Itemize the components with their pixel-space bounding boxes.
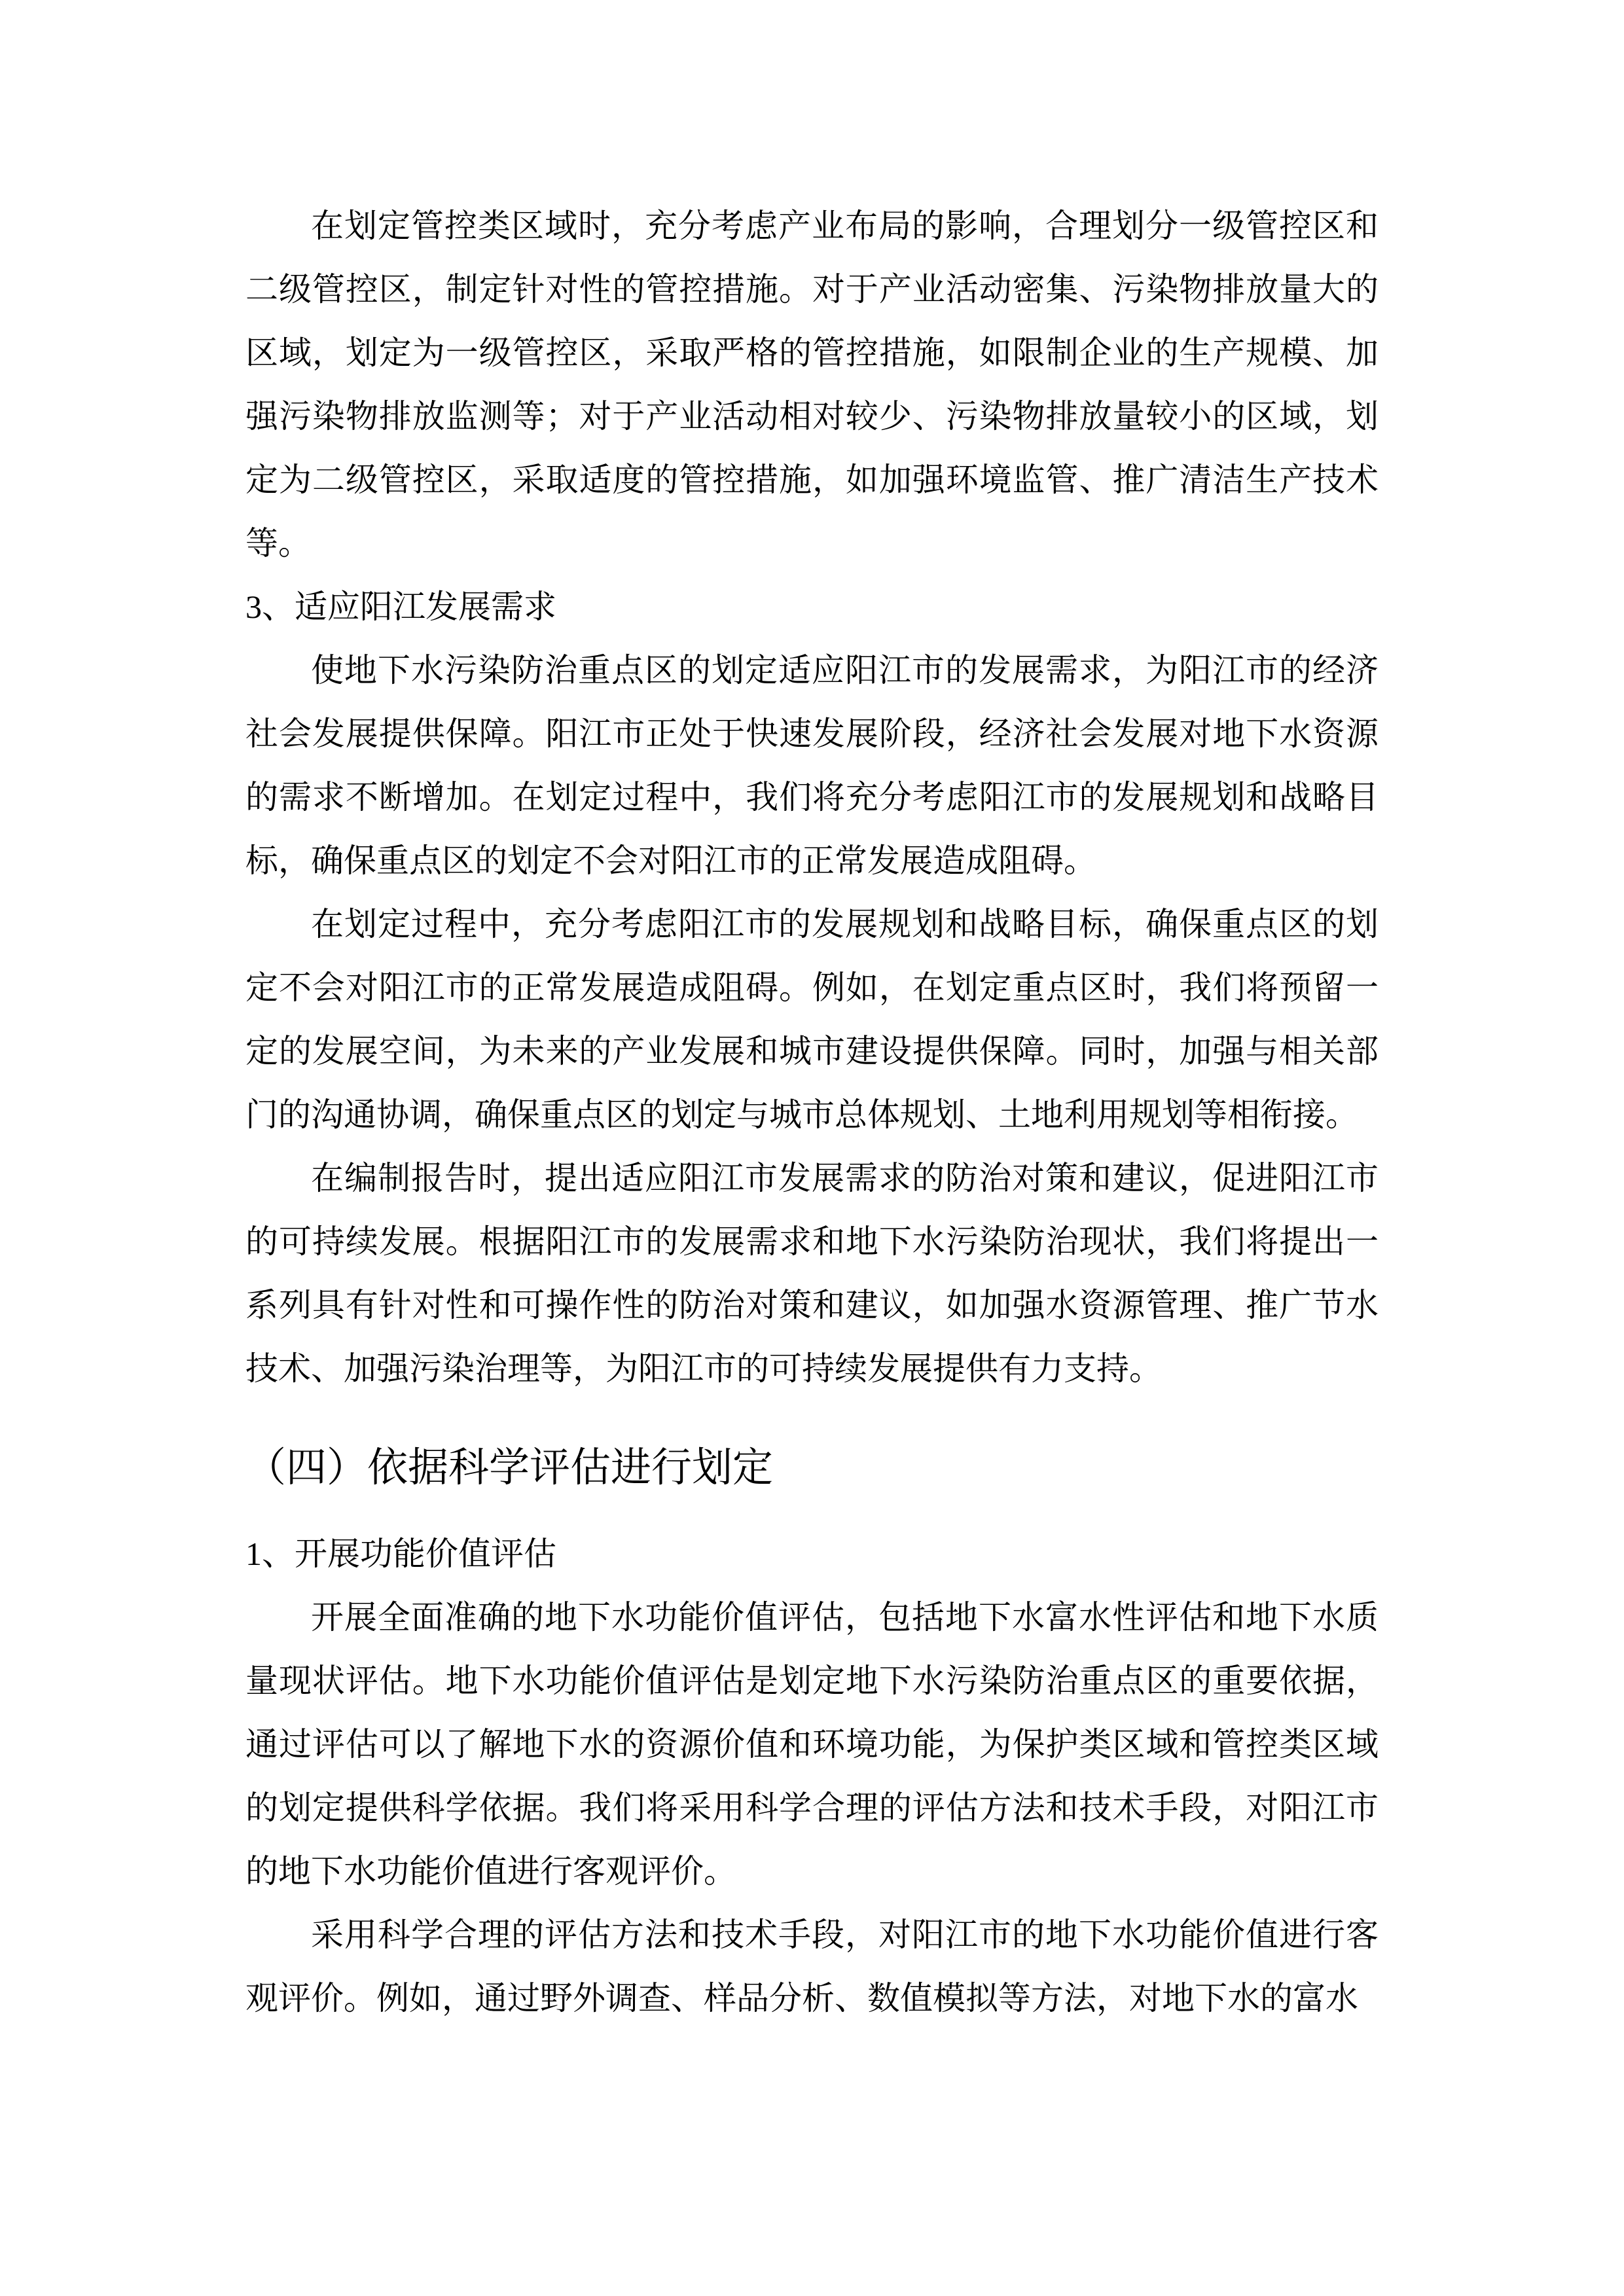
paragraph: 使地下水污染防治重点区的划定适应阳江市的发展需求，为阳江市的经济社会发展提供保障… [245,639,1379,893]
section-heading: （四）依据科学评估进行划定 [245,1419,1379,1517]
paragraph: 采用科学合理的评估方法和技术手段，对阳江市的地下水功能价值进行客观评价。例如，通… [245,1903,1379,2030]
numbered-subheading: 3、适应阳江发展需求 [245,575,1379,639]
paragraph: 在编制报告时，提出适应阳江市发展需求的防治对策和建议，促进阳江市的可持续发展。根… [245,1147,1379,1401]
paragraph: 在划定过程中，充分考虑阳江市的发展规划和战略目标，确保重点区的划定不会对阳江市的… [245,893,1379,1147]
numbered-subheading: 1、开展功能价值评估 [245,1522,1379,1586]
paragraph: 在划定管控类区域时，充分考虑产业布局的影响，合理划分一级管控区和二级管控区，制定… [245,194,1379,575]
document-body: 在划定管控类区域时，充分考虑产业布局的影响，合理划分一级管控区和二级管控区，制定… [245,194,1379,2030]
paragraph: 开展全面准确的地下水功能价值评估，包括地下水富水性评估和地下水质量现状评估。地下… [245,1586,1379,1903]
document-page: 在划定管控类区域时，充分考虑产业布局的影响，合理划分一级管控区和二级管控区，制定… [0,0,1624,2296]
